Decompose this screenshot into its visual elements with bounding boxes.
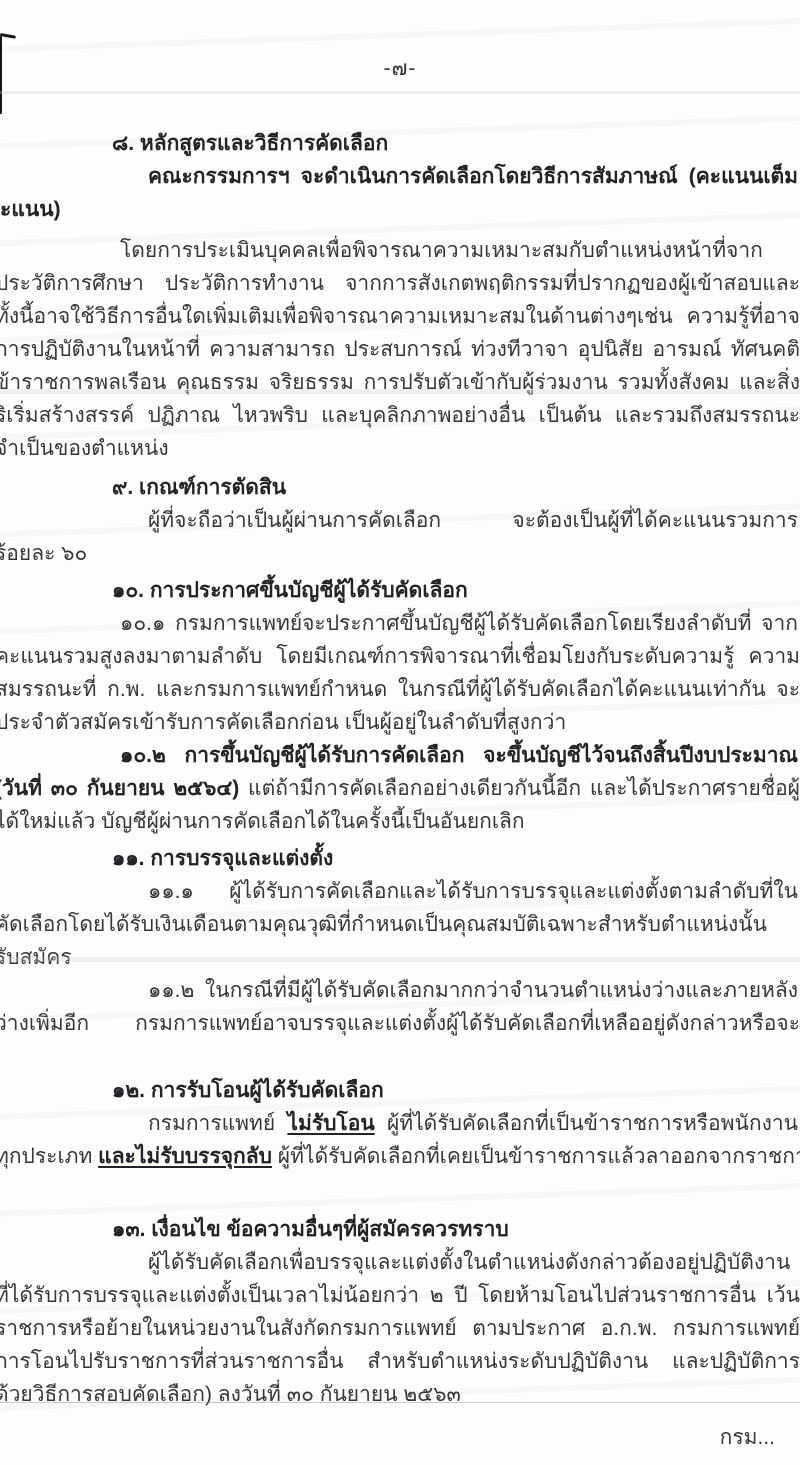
scan-edge-artifact — [0, 36, 2, 114]
text-line: ร้อยละ ๖๐ — [0, 537, 800, 570]
emphasis-underlined: และไม่รับบรรจุกลับ — [98, 1145, 272, 1168]
text-line: ราชการหรือย้ายในหน่วยงานในสังกัดกรมการแพ… — [0, 1312, 800, 1345]
text-segment: ผู้ที่ได้รับคัดเลือกที่เคยเป็นข้าราชการแ… — [272, 1145, 800, 1168]
emphasis-underlined: ไม่รับโอน — [287, 1112, 374, 1135]
section-10-heading: ๑๐. การประกาศขึ้นบัญชีผู้ได้รับคัดเลือก — [112, 574, 800, 607]
text-line: ประวัติการศึกษา ประวัติการทำงาน จากการสั… — [0, 267, 800, 300]
text-line: กรมการแพทย์ ไม่รับโอน ผู้ที่ได้รับคัดเลื… — [148, 1107, 798, 1140]
section-9-heading: ๙. เกณฑ์การตัดสิน — [112, 471, 800, 504]
text-line: ทุกประเภท และไม่รับบรรจุกลับ ผู้ที่ได้รั… — [0, 1140, 800, 1173]
text-line: ว่างเพิ่มอีก กรมการแพทย์อาจบรรจุและแต่งต… — [0, 1007, 800, 1040]
text-line: ประจำตัวสมัครเข้ารับการคัดเลือกก่อน เป็น… — [0, 706, 800, 739]
scan-edge-artifact — [0, 33, 16, 39]
text-line: คะแนน) — [0, 193, 800, 226]
section-11-heading: ๑๑. การบรรจุและแต่งตั้ง — [112, 842, 800, 875]
text-line: ผู้ที่จะถือว่าเป็นผู้ผ่านการคัดเลือก จะต… — [148, 504, 798, 537]
text-line: ๑๐.๒ การขึ้นบัญชีผู้ได้รับการคัดเลือก จะ… — [120, 739, 798, 772]
text-line: ทั้งนี้อาจใช้วิธีการอื่นใดเพิ่มเติมเพื่อ… — [0, 300, 800, 333]
text-line: ได้ใหม่แล้ว บัญชีผู้ผ่านการคัดเลือกได้ใน… — [0, 805, 800, 838]
page-footer-continuation-mark: กรม... — [0, 1421, 800, 1454]
text-line: ๑๐.๑ กรมการแพทย์จะประกาศขึ้นบัญชีผู้ได้ร… — [120, 607, 798, 640]
text-line: ผู้ได้รับคัดเลือกเพื่อบรรจุและแต่งตั้งใน… — [148, 1246, 798, 1279]
text-line: ๑๑.๑ ผู้ได้รับการคัดเลือกและได้รับการบรร… — [148, 875, 798, 908]
text-line: คัดเลือกโดยได้รับเงินเดือนตามคุณวุฒิที่ก… — [0, 908, 800, 941]
scan-streak-artifact — [0, 91, 800, 94]
page-number: -๗- — [0, 52, 800, 85]
text-line: คะแนนรวมสูงลงมาตามลำดับ โดยมีเกณฑ์การพิจ… — [0, 640, 800, 673]
section-8-heading: ๘. หลักสูตรและวิธีการคัดเลือก — [112, 127, 800, 160]
text-line: ๑๑.๒ ในกรณีที่มีผู้ได้รับคัดเลือกมากกว่า… — [148, 974, 798, 1007]
text-segment: ทุกประเภท — [0, 1145, 98, 1168]
text-line: ริเริ่มสร้างสรรค์ ปฏิภาณ ไหวพริบ และบุคล… — [0, 399, 800, 432]
scan-streak-artifact — [0, 957, 800, 962]
bold-date-phrase: (วันที่ ๓๐ กันยายน ๒๕๖๔) — [0, 777, 239, 800]
text-line: โดยการประเมินบุคคลเพื่อพิจารณาความเหมาะส… — [120, 234, 798, 267]
scanned-document-page: -๗- ๘. หลักสูตรและวิธีการคัดเลือก คณะกรร… — [0, 0, 800, 1465]
text-line: (วันที่ ๓๐ กันยายน ๒๕๖๔) แต่ถ้ามีการคัดเ… — [0, 772, 800, 805]
text-line: ที่ได้รับการบรรจุและแต่งตั้งเป็นเวลาไม่น… — [0, 1279, 800, 1312]
text-line: สมรรถนะที่ ก.พ. และกรมการแพทย์กำหนด ในกร… — [0, 673, 800, 706]
text-segment: กรมการแพทย์ — [148, 1112, 287, 1135]
scan-streak-artifact — [0, 389, 800, 394]
section-12-heading: ๑๒. การรับโอนผู้ได้รับคัดเลือก — [112, 1074, 800, 1107]
text-line: จำเป็นของตำแหน่ง — [0, 432, 800, 465]
text-line: การโอนไปรับราชการที่ส่วนราชการอื่น สำหรั… — [0, 1345, 800, 1378]
text-line: คณะกรรมการฯ จะดำเนินการคัดเลือกโดยวิธีกา… — [148, 160, 798, 193]
text-line: ด้วยวิธีการสอบคัดเลือก) ลงวันที่ ๓๐ กันย… — [0, 1378, 800, 1411]
section-13-heading: ๑๓. เงื่อนไข ข้อความอื่นๆที่ผู้สมัครควรท… — [112, 1213, 800, 1246]
text-line: ข้าราชการพลเรือน คุณธรรม จริยธรรม การปรั… — [0, 366, 800, 399]
scan-rule-artifact — [0, 1402, 800, 1403]
text-line: การปฏิบัติงานในหน้าที่ ความสามารถ ประสบก… — [0, 333, 800, 366]
